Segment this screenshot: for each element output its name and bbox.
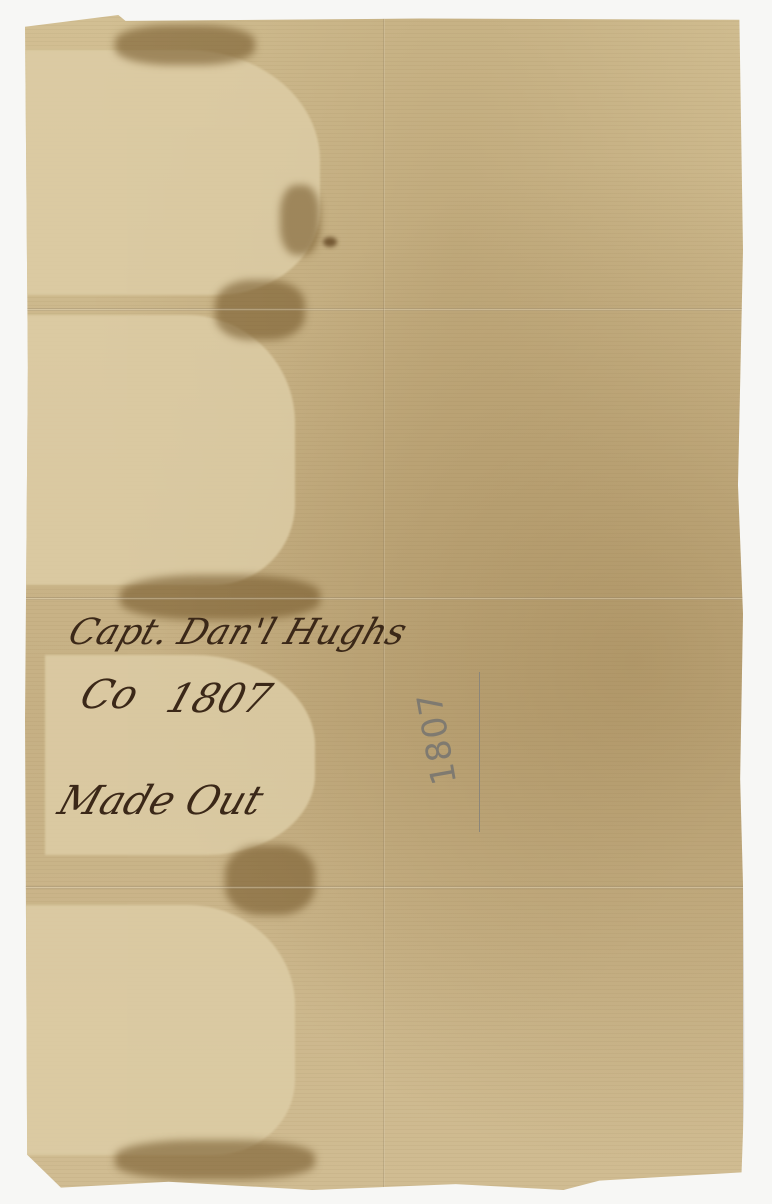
water-stain-light-region	[25, 50, 320, 295]
water-stain-light-region	[25, 315, 295, 585]
docket-line-captain: Capt. Dan'l Hughs	[63, 612, 411, 653]
manuscript-page	[25, 15, 743, 1190]
docket-line-year: 1807	[161, 676, 278, 722]
water-stain-light-region	[25, 905, 295, 1155]
vertical-fold	[383, 15, 385, 1190]
tide-line-stain	[115, 25, 255, 65]
tide-line-stain	[115, 1140, 315, 1180]
pencil-stroke	[479, 672, 480, 832]
docket-line-made-out: Made Out	[53, 778, 269, 824]
ink-blot	[323, 237, 337, 247]
tide-line-stain	[280, 185, 320, 255]
tide-line-stain	[225, 845, 315, 915]
